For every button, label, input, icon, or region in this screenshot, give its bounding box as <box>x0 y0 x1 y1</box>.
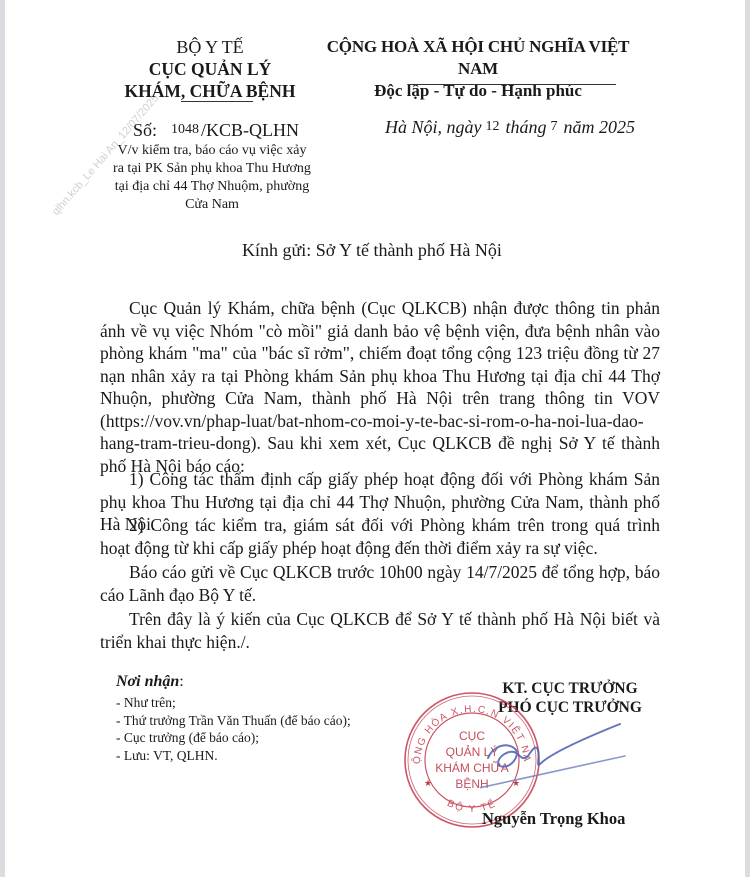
signer-name: Nguyễn Trọng Khoa <box>482 809 625 829</box>
distribution-list: - Như trên; - Thứ trưởng Trần Văn Thuấn … <box>116 694 351 764</box>
distribution-item: - Thứ trưởng Trần Văn Thuấn (để báo cáo)… <box>116 712 351 730</box>
document-date: Hà Nội, ngày12tháng7năm 2025 <box>385 117 635 138</box>
closing-text: Trên đây là ý kiến của Cục QLKCB để Sở Y… <box>100 608 660 653</box>
agency-underline <box>181 101 253 102</box>
document-number-label: Số: <box>133 120 157 140</box>
motto-underline <box>408 84 616 85</box>
body-item-2: 2) Công tác kiểm tra, giám sát đối với P… <box>100 514 660 559</box>
issuing-agency: BỘ Y TẾ CỤC QUẢN LÝ KHÁM, CHỮA BỆNH <box>110 36 310 102</box>
document-subject: V/v kiểm tra, báo cáo vụ việc xảy ra tại… <box>112 142 312 214</box>
svg-text:★: ★ <box>424 778 432 788</box>
document-number: Số:1048/KCB-QLHN <box>133 120 299 141</box>
page-edge-left <box>0 0 5 877</box>
distribution-item: - Lưu: VT, QLHN. <box>116 747 351 765</box>
date-year: năm 2025 <box>564 117 636 137</box>
nation-name: CỘNG HOÀ XÃ HỘI CHỦ NGHĨA VIỆT NAM <box>318 36 638 80</box>
document-number-suffix: /KCB-QLHN <box>201 120 299 140</box>
distribution-item: - Cục trưởng (để báo cáo); <box>116 729 351 747</box>
ministry-name: BỘ Y TẾ <box>110 36 310 58</box>
date-month-label: tháng <box>506 117 547 137</box>
recipient: Kính gửi: Sở Y tế thành phố Hà Nội <box>242 240 502 261</box>
item-2-text: 2) Công tác kiểm tra, giám sát đối với P… <box>100 514 660 559</box>
body-paragraph-intro: Cục Quản lý Khám, chữa bệnh (Cục QLKCB) … <box>100 297 660 477</box>
distribution-title-text: Nơi nhận <box>116 673 179 690</box>
national-header: CỘNG HOÀ XÃ HỘI CHỦ NGHĨA VIỆT NAM Độc l… <box>318 36 638 102</box>
department-name-line1: CỤC QUẢN LÝ <box>110 58 310 80</box>
distribution-title: Nơi nhận: <box>116 673 184 691</box>
distribution-title-colon: : <box>179 673 183 690</box>
deadline-text: Báo cáo gửi về Cục QLKCB trước 10h00 ngà… <box>100 561 660 606</box>
department-name-line2: KHÁM, CHỮA BỆNH <box>110 80 310 102</box>
distribution-item: - Như trên; <box>116 694 351 712</box>
body-closing: Trên đây là ý kiến của Cục QLKCB để Sở Y… <box>100 608 660 653</box>
date-day: 12 <box>486 119 500 134</box>
document-number-value: 1048 <box>171 122 199 137</box>
date-month: 7 <box>551 119 558 134</box>
page-edge-right <box>745 0 750 877</box>
handwritten-signature-icon <box>480 720 640 800</box>
intro-text: Cục Quản lý Khám, chữa bệnh (Cục QLKCB) … <box>100 297 660 477</box>
date-place: Hà Nội, ngày <box>385 117 482 137</box>
body-deadline: Báo cáo gửi về Cục QLKCB trước 10h00 ngà… <box>100 561 660 606</box>
